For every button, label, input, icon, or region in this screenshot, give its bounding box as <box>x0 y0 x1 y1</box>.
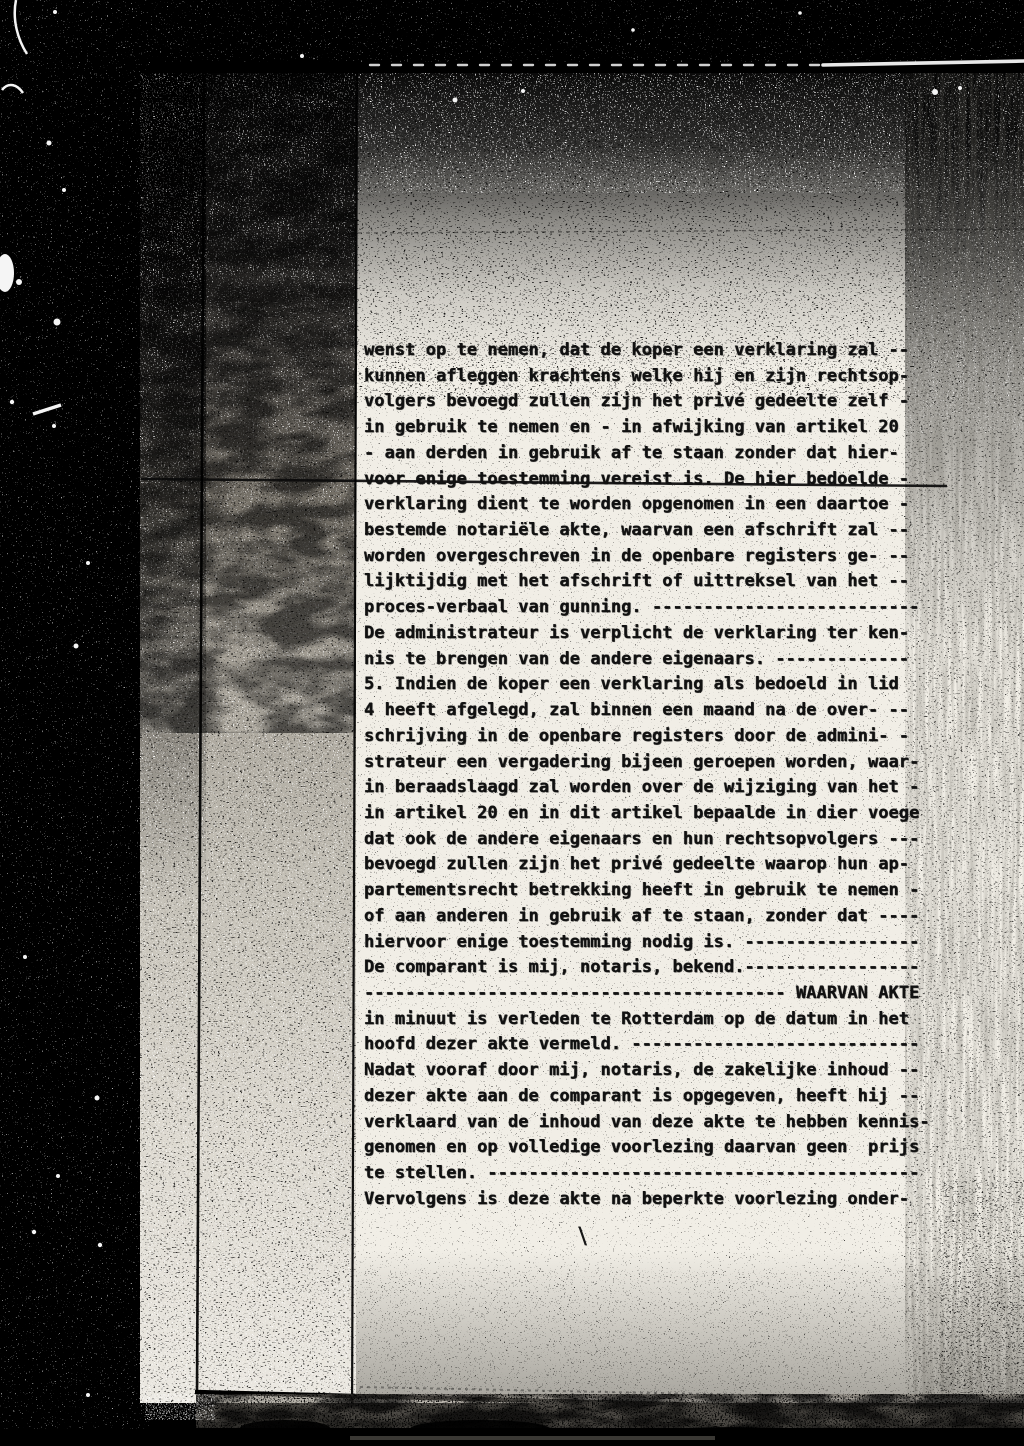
top-band-dust <box>150 0 1024 62</box>
text-line: proces-verbaal van gunning. ------------… <box>364 595 974 621</box>
text-line: De administrateur is verplicht de verkla… <box>364 621 974 647</box>
text-line: te stellen. ----------------------------… <box>364 1161 974 1187</box>
text-line: lijktijdig met het afschrift of uittreks… <box>364 569 974 595</box>
left-margin-dust <box>0 0 150 1446</box>
text-line: in minuut is verleden te Rotterdam op de… <box>364 1007 974 1033</box>
text-line: Nadat vooraf door mij, notaris, de zakel… <box>364 1058 974 1084</box>
text-line: nis te brengen van de andere eigenaars. … <box>364 647 974 673</box>
text-line: genomen en op volledige voorlezing daarv… <box>364 1135 974 1161</box>
text-line: De comparant is mij, notaris, bekend.---… <box>364 955 974 981</box>
text-line: hoofd dezer akte vermeld. --------------… <box>364 1032 974 1058</box>
text-line: bevoegd zullen zijn het privé gedeelte w… <box>364 852 974 878</box>
text-line: partementsrecht betrekking heeft in gebr… <box>364 878 974 904</box>
document-text-block: wenst op te nemen, dat de koper een verk… <box>364 338 974 1212</box>
text-line: bestemde notariële akte, waarvan een afs… <box>364 518 974 544</box>
gutter-band <box>140 73 356 1403</box>
text-line: in artikel 20 en in dit artikel bepaalde… <box>364 801 974 827</box>
text-line: 4 heeft afgelegd, zal binnen een maand n… <box>364 698 974 724</box>
bottom-frame-band <box>0 1387 1024 1446</box>
text-line: - aan derden in gebruik af te staan zond… <box>364 441 974 467</box>
text-line: kunnen afleggen krachtens welke hij en z… <box>364 364 974 390</box>
text-line: in gebruik te nemen en - in afwijking va… <box>364 415 974 441</box>
text-line: ----------------------------------------… <box>364 981 974 1007</box>
text-line: strateur een vergadering bijeen geroepen… <box>364 750 974 776</box>
text-line: hiervoor enige toestemming nodig is. ---… <box>364 930 974 956</box>
stray-pen-mark: \ <box>575 1223 591 1249</box>
scanned-notarial-deed-page: wenst op te nemen, dat de koper een verk… <box>0 0 1024 1446</box>
text-line: verklaring dient te worden opgenomen in … <box>364 492 974 518</box>
text-line: wenst op te nemen, dat de koper een verk… <box>364 338 974 364</box>
text-line: verklaard van de inhoud van deze akte te… <box>364 1110 974 1136</box>
text-line: volgers bevoegd zullen zijn het privé ge… <box>364 389 974 415</box>
text-line: Vervolgens is deze akte na beperkte voor… <box>364 1187 974 1213</box>
text-line: dezer akte aan de comparant is opgegeven… <box>364 1084 974 1110</box>
text-line: of aan anderen in gebruik af te staan, z… <box>364 904 974 930</box>
text-line: in beraadslaagd zal worden over de wijzi… <box>364 775 974 801</box>
text-line: worden overgeschreven in de openbare reg… <box>364 544 974 570</box>
text-line: 5. Indien de koper een verklaring als be… <box>364 672 974 698</box>
text-line: schrijving in de openbare registers door… <box>364 724 974 750</box>
text-line: dat ook de andere eigenaars en hun recht… <box>364 827 974 853</box>
text-line: voor enige toestemming vereist is. De hi… <box>364 467 974 493</box>
